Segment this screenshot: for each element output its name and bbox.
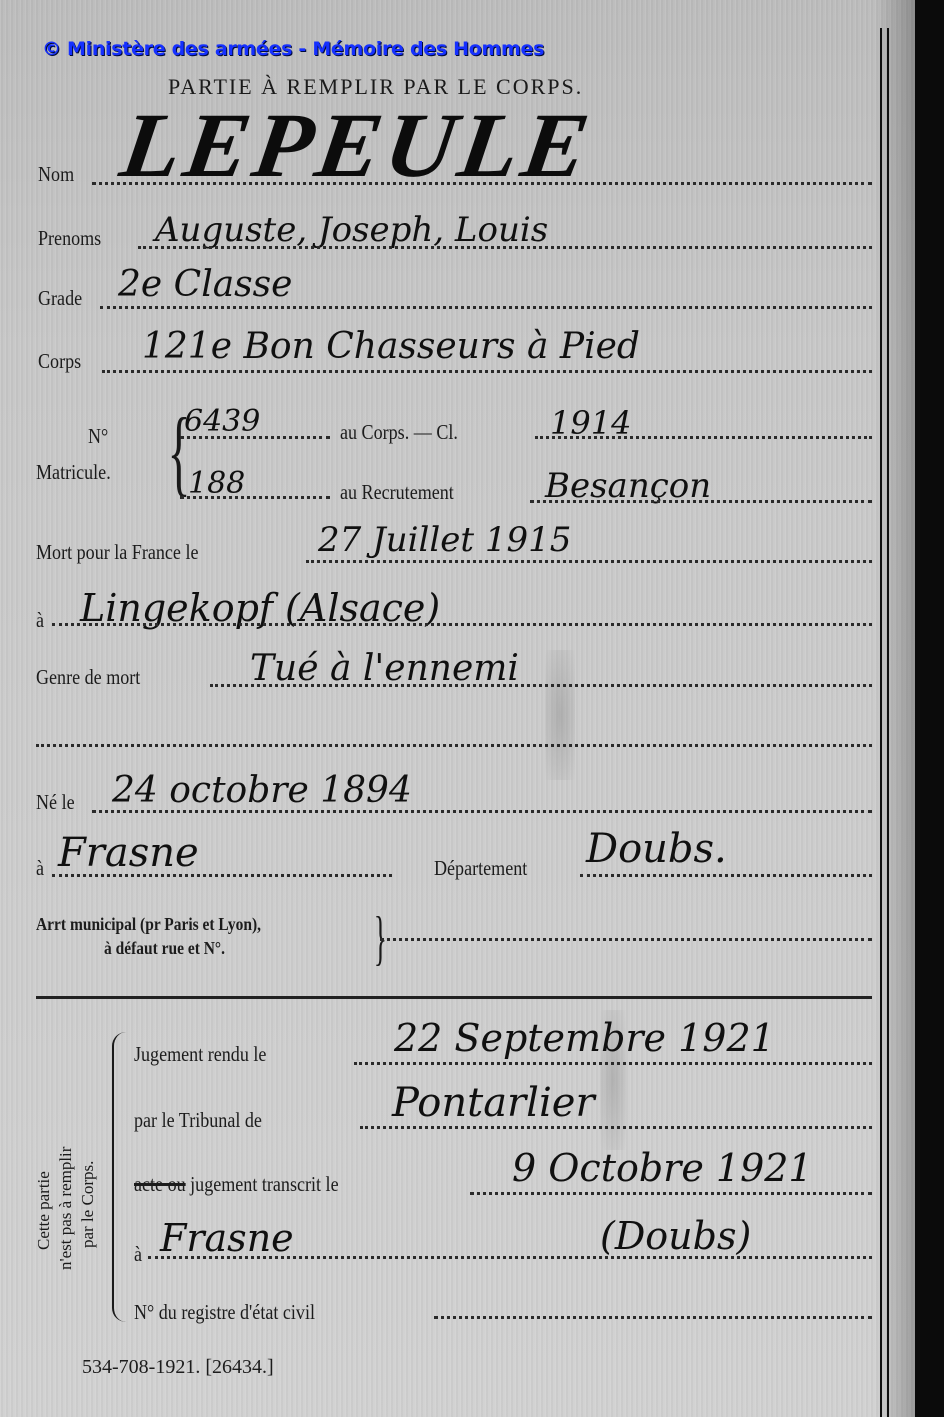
prenoms-label: Prenoms (38, 226, 101, 251)
corps-value: 121e Bon Chasseurs à Pied (142, 326, 640, 367)
fill-line (210, 684, 872, 687)
lieu-transcrit-label: à (134, 1242, 142, 1267)
prenoms-value: Auguste, Joseph, Louis (155, 210, 548, 250)
registre-label: N° du registre d'état civil (134, 1300, 315, 1325)
form-code: 534-708-1921. [26434.] (82, 1356, 274, 1379)
au-corps-label: au Corps. — Cl. (340, 420, 458, 445)
fill-line (52, 874, 392, 877)
fill-line (180, 436, 330, 439)
jugement-label: Jugement rendu le (134, 1042, 266, 1067)
fill-line (530, 500, 872, 503)
genre-mort-value: Tué à l'ennemi (250, 648, 519, 689)
side-note: Cette partie n'est pas à remplir par le … (30, 1080, 110, 1260)
section-divider (36, 996, 872, 999)
arrondissement-sublabel: à défaut rue et N°. (104, 938, 225, 959)
matricule-label-no: N° (88, 424, 108, 449)
genre-mort-label: Genre de mort (36, 665, 140, 690)
jugement-value: 22 Septembre 1921 (394, 1016, 775, 1060)
corps-number: 6439 (184, 404, 260, 439)
lieu-mort-label: à (36, 608, 44, 633)
document-card: © Ministère des armées - Mémoire des Hom… (0, 0, 915, 1417)
lieu-transcrit-dept: (Doubs) (600, 1214, 751, 1258)
fill-line (354, 1062, 872, 1065)
section-brace (112, 1032, 128, 1322)
fill-line (306, 560, 872, 563)
naissance-value: 24 octobre 1894 (112, 770, 412, 811)
mort-value: 27 Juillet 1915 (318, 520, 571, 560)
matricule-label: Matricule. (36, 460, 111, 485)
fill-line (380, 938, 872, 941)
recrutement-label: au Recrutement (340, 480, 454, 505)
copyright-watermark: © Ministère des armées - Mémoire des Hom… (42, 38, 544, 60)
mort-label: Mort pour la France le (36, 540, 198, 565)
tribunal-label: par le Tribunal de (134, 1108, 262, 1133)
border-line (887, 28, 889, 1417)
nom-label: Nom (38, 162, 74, 187)
fill-line (138, 246, 872, 249)
fill-line (434, 1316, 872, 1319)
fill-line (580, 874, 872, 877)
grade-value: 2e Classe (118, 264, 292, 305)
naissance-label: Né le (36, 790, 75, 815)
fill-line (470, 1192, 872, 1195)
fill-line (92, 182, 872, 185)
arrondissement-label: Arrt municipal (pr Paris et Lyon), (36, 914, 261, 935)
paper-stain (545, 650, 575, 780)
fill-line (535, 436, 872, 439)
fill-line (52, 623, 872, 626)
fill-line (180, 496, 330, 499)
lieu-naissance-label: à (36, 856, 44, 881)
departement-label: Département (434, 856, 527, 881)
transcrit-value: 9 Octobre 1921 (512, 1146, 813, 1190)
struck-text: acte ou (134, 1172, 186, 1196)
fill-line (102, 370, 872, 373)
border-line (880, 28, 882, 1417)
fill-line (148, 1256, 872, 1259)
lieu-naissance-value: Frasne (58, 830, 199, 876)
corps-label: Corps (38, 349, 81, 374)
fill-line (36, 744, 872, 747)
lieu-transcrit-value: Frasne (160, 1216, 294, 1260)
grade-label: Grade (38, 286, 82, 311)
fill-line (360, 1126, 872, 1129)
fill-line (100, 306, 872, 309)
transcrit-label: acte ou jugement transcrit le (134, 1172, 339, 1197)
departement-value: Doubs. (586, 826, 727, 872)
fill-line (92, 810, 872, 813)
tribunal-value: Pontarlier (392, 1080, 595, 1126)
